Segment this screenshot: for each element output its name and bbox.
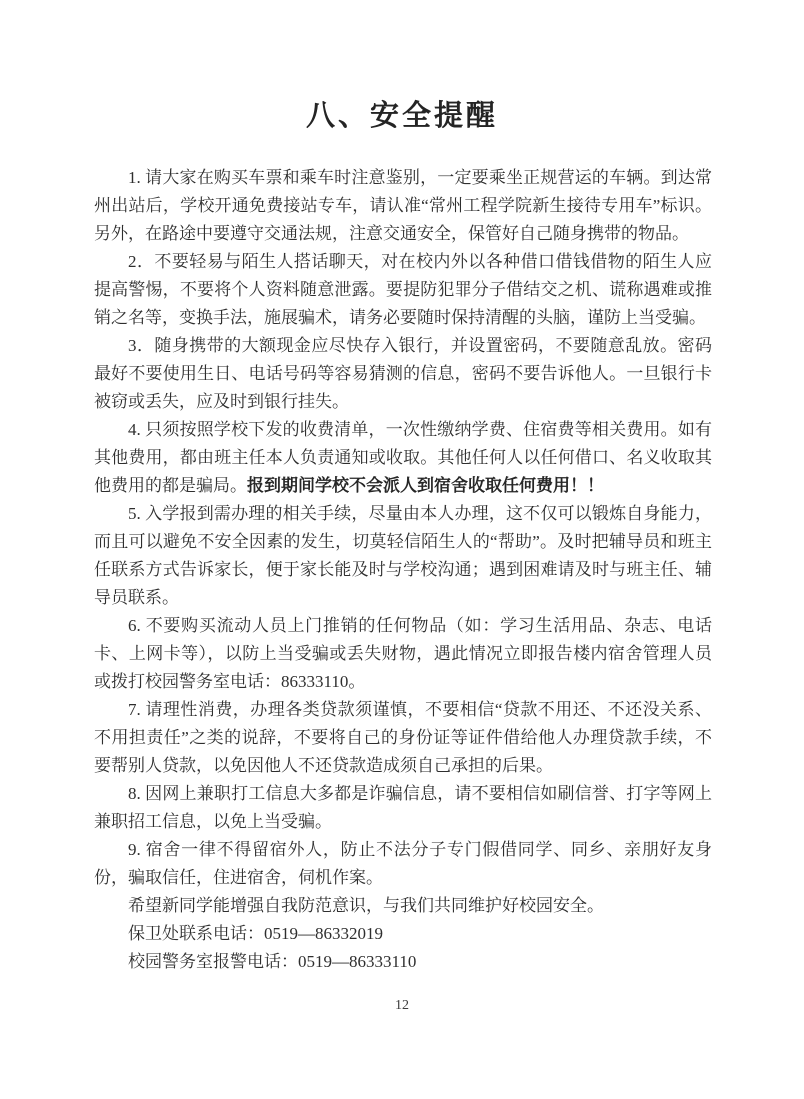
- page-title: 八、安全提醒: [0, 0, 804, 134]
- paragraph-7: 7. 请理性消费，办理各类贷款须谨慎，不要相信“贷款不用还、不还没关系、不用担责…: [94, 696, 712, 780]
- security-office-phone: 保卫处联系电话：0519—86332019: [94, 920, 712, 948]
- document-body: 1. 请大家在购买车票和乘车时注意鉴别，一定要乘坐正规营运的车辆。到达常州出站后…: [94, 164, 712, 976]
- paragraph-2: 2．不要轻易与陌生人搭话聊天，对在校内外以各种借口借钱借物的陌生人应提高警惕，不…: [94, 248, 712, 332]
- paragraph-4: 4. 只须按照学校下发的收费清单，一次性缴纳学费、住宿费等相关费用。如有其他费用…: [94, 416, 712, 500]
- paragraph-8: 8. 因网上兼职打工信息大多都是诈骗信息，请不要相信如刷信誉、打字等网上兼职招工…: [94, 780, 712, 836]
- paragraph-9: 9. 宿舍一律不得留宿外人，防止不法分子专门假借同学、同乡、亲朋好友身份，骗取信…: [94, 836, 712, 892]
- campus-police-phone: 校园警务室报警电话：0519—86333110: [94, 948, 712, 976]
- paragraph-6: 6. 不要购买流动人员上门推销的任何物品（如：学习生活用品、杂志、电话卡、上网卡…: [94, 612, 712, 696]
- paragraph-3: 3．随身携带的大额现金应尽快存入银行，并设置密码，不要随意乱放。密码最好不要使用…: [94, 332, 712, 416]
- paragraph-1: 1. 请大家在购买车票和乘车时注意鉴别，一定要乘坐正规营运的车辆。到达常州出站后…: [94, 164, 712, 248]
- document-page: 八、安全提醒 1. 请大家在购买车票和乘车时注意鉴别，一定要乘坐正规营运的车辆。…: [0, 0, 804, 1099]
- page-number: 12: [0, 997, 804, 1015]
- paragraph-5: 5. 入学报到需办理的相关手续，尽量由本人办理，这不仅可以锻炼自身能力，而且可以…: [94, 500, 712, 612]
- closing-remark: 希望新同学能增强自我防范意识，与我们共同维护好校园安全。: [94, 892, 712, 920]
- paragraph-4-bold-warning: 报到期间学校不会派人到宿舍收取任何费用！！: [247, 476, 604, 495]
